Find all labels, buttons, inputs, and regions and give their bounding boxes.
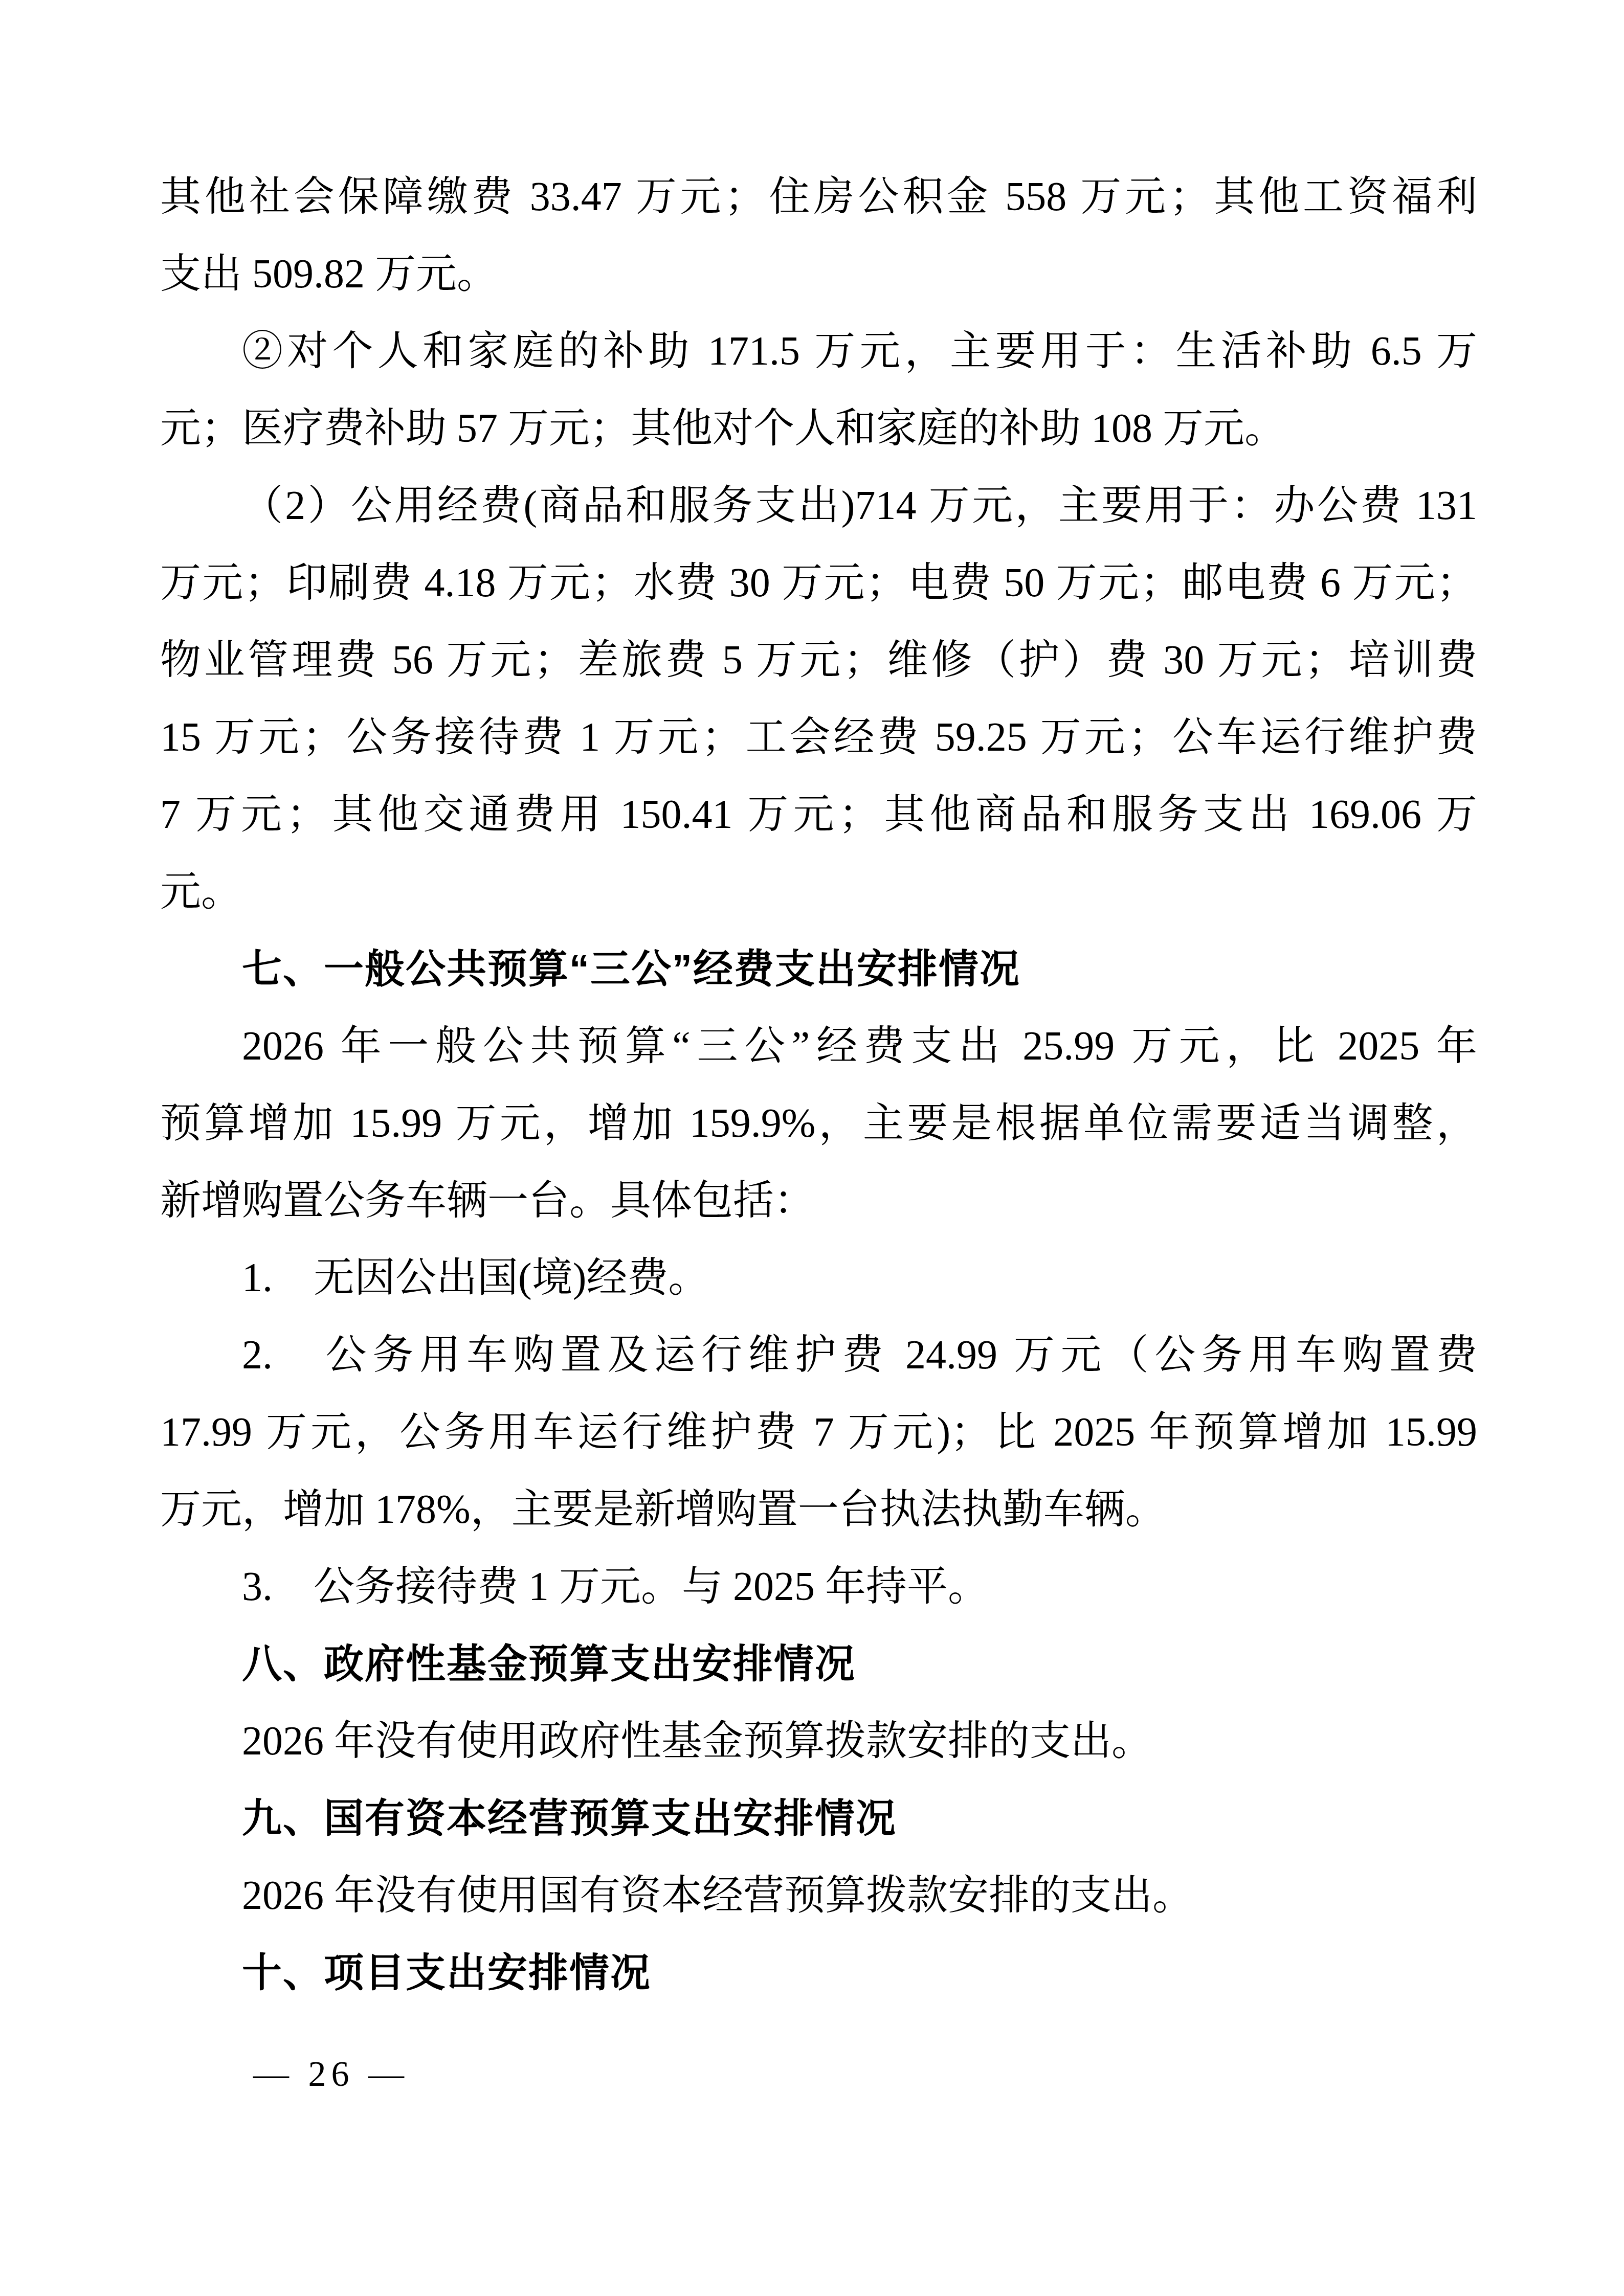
text-line: 17.99 万元，公务用车运行维护费 7 万元)；比 2025 年预算增加 15… bbox=[160, 1394, 1477, 1471]
text-block: 其他社会保障缴费 33.47 万元；住房公积金 558 万元；其他工资福利支出 … bbox=[160, 159, 1477, 2012]
text-line: 2026 年一般公共预算“三公”经费支出 25.99 万元，比 2025 年 bbox=[160, 1008, 1477, 1085]
text-line: 新增购置公务车辆一台。具体包括： bbox=[160, 1162, 1477, 1240]
heading-line: 七、一般公共预算“三公”经费支出安排情况 bbox=[160, 931, 1477, 1008]
heading-line: 八、政府性基金预算支出安排情况 bbox=[160, 1626, 1477, 1703]
text-line: 3. 公务接待费 1 万元。与 2025 年持平。 bbox=[160, 1548, 1477, 1626]
text-line: 元；医疗费补助 57 万元；其他对个人和家庭的补助 108 万元。 bbox=[160, 390, 1477, 467]
text-line: 15 万元；公务接待费 1 万元；工会经费 59.25 万元；公车运行维护费 bbox=[160, 699, 1477, 776]
heading-line: 十、项目支出安排情况 bbox=[160, 1934, 1477, 2012]
page-number: — 26 — bbox=[253, 2052, 409, 2098]
text-line: 预算增加 15.99 万元，增加 159.9%，主要是根据单位需要适当调整， bbox=[160, 1085, 1477, 1162]
heading-line: 九、国有资本经营预算支出安排情况 bbox=[160, 1780, 1477, 1857]
text-line: （2）公用经费(商品和服务支出)714 万元，主要用于：办公费 131 bbox=[160, 467, 1477, 545]
text-line: 2026 年没有使用政府性基金预算拨款安排的支出。 bbox=[160, 1703, 1477, 1780]
text-line: 元。 bbox=[160, 853, 1477, 931]
text-line: 2026 年没有使用国有资本经营预算拨款安排的支出。 bbox=[160, 1857, 1477, 1934]
text-line: 物业管理费 56 万元；差旅费 5 万元；维修（护）费 30 万元；培训费 bbox=[160, 622, 1477, 699]
text-line: 支出 509.82 万元。 bbox=[160, 236, 1477, 313]
document-page: 其他社会保障缴费 33.47 万元；住房公积金 558 万元；其他工资福利支出 … bbox=[0, 0, 1624, 2296]
text-line: ②对个人和家庭的补助 171.5 万元，主要用于：生活补助 6.5 万 bbox=[160, 313, 1477, 390]
text-line: 万元；印刷费 4.18 万元；水费 30 万元；电费 50 万元；邮电费 6 万… bbox=[160, 545, 1477, 622]
text-line: 1. 无因公出国(境)经费。 bbox=[160, 1240, 1477, 1317]
text-line: 其他社会保障缴费 33.47 万元；住房公积金 558 万元；其他工资福利 bbox=[160, 159, 1477, 236]
text-line: 万元，增加 178%，主要是新增购置一台执法执勤车辆。 bbox=[160, 1471, 1477, 1548]
text-line: 2. 公务用车购置及运行维护费 24.99 万元（公务用车购置费 bbox=[160, 1317, 1477, 1394]
text-line: 7 万元；其他交通费用 150.41 万元；其他商品和服务支出 169.06 万 bbox=[160, 776, 1477, 853]
